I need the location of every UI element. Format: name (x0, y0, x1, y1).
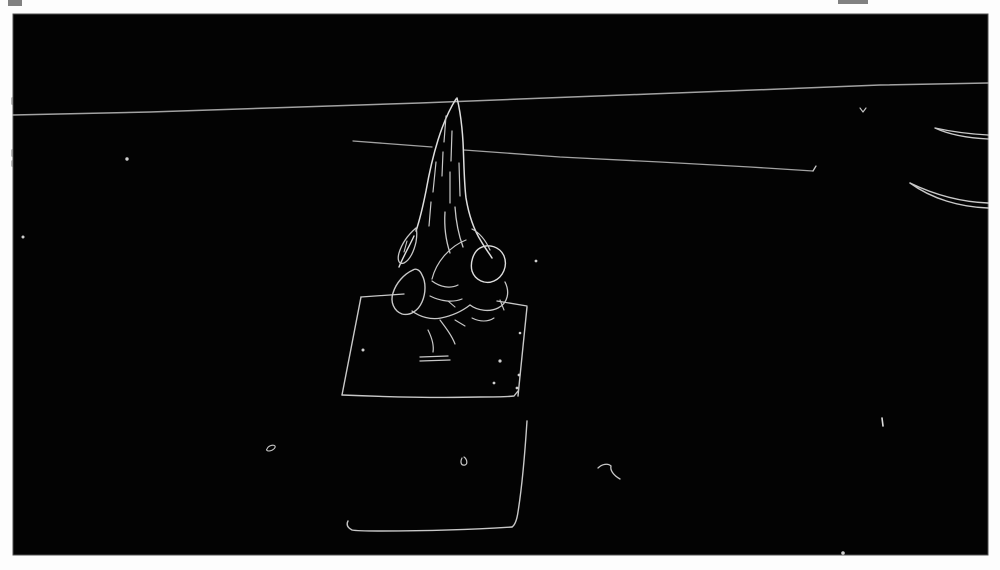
edge-map-svg (0, 0, 1000, 570)
figure-page (0, 0, 1000, 570)
speck-flame-right-1 (535, 260, 538, 263)
speck-cube-top-left (362, 349, 365, 352)
speck-cube-top-right-1 (498, 359, 501, 362)
speck-left-mid (22, 236, 25, 239)
top-border-smudge-right (838, 0, 868, 4)
speck-flame-right-2 (519, 332, 522, 335)
top-border-smudge-left (8, 0, 22, 6)
speck-cube-top-right-3 (518, 374, 521, 377)
short-vertical-tick (882, 418, 883, 426)
edge-image-canvas (13, 14, 988, 555)
speck-left-upper (125, 157, 128, 160)
speck-cube-top-right-2 (493, 382, 496, 385)
speck-bottom-edge (841, 551, 845, 555)
speck-cube-top-right-4 (516, 387, 519, 390)
